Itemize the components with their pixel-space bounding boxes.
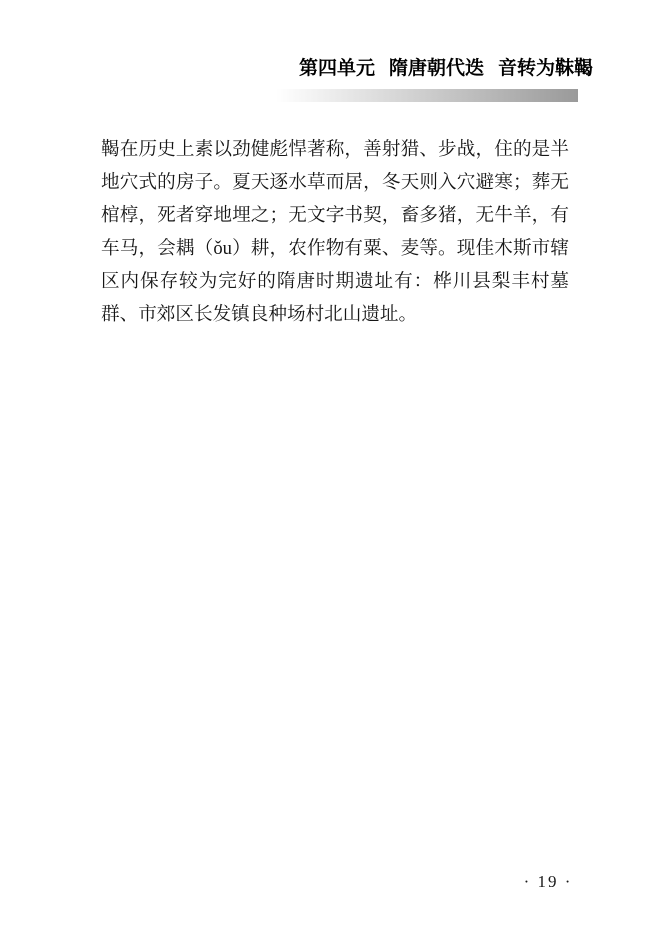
paragraph: 鞨在历史上素以劲健彪悍著称，善射猎、步战，住的是半 地穴式的房子。夏天逐水草而居…: [101, 133, 569, 331]
paragraph-line: 车马，会耦（ǒu）耕，农作物有粟、麦等。现佳木斯市辖: [101, 232, 569, 265]
unit-number-label: 第四单元: [299, 56, 375, 82]
paragraph-line: 鞨在历史上素以劲健彪悍著称，善射猎、步战，住的是半: [101, 133, 569, 166]
book-page: 第四单元 隋唐朝代迭 音转为靺鞨 鞨在历史上素以劲健彪悍著称，善射猎、步战，住的…: [0, 0, 661, 945]
paragraph-line: 地穴式的房子。夏天逐水草而居，冬天则入穴避寒；葬无: [101, 166, 569, 199]
running-head: 第四单元 隋唐朝代迭 音转为靺鞨: [299, 56, 593, 82]
unit-title-part1: 隋唐朝代迭: [389, 56, 484, 82]
paragraph-line: 区内保存较为完好的隋唐时期遗址有：桦川县梨丰村墓: [101, 265, 569, 298]
paragraph-line: 棺椁，死者穿地埋之；无文字书契，畜多猪，无牛羊，有: [101, 199, 569, 232]
page-number: · 19 ·: [502, 872, 594, 892]
unit-title-part2: 音转为靺鞨: [498, 56, 593, 82]
paragraph-line: 群、市郊区长发镇良种场村北山遗址。: [101, 298, 569, 331]
header-gradient-rule: [276, 89, 578, 102]
